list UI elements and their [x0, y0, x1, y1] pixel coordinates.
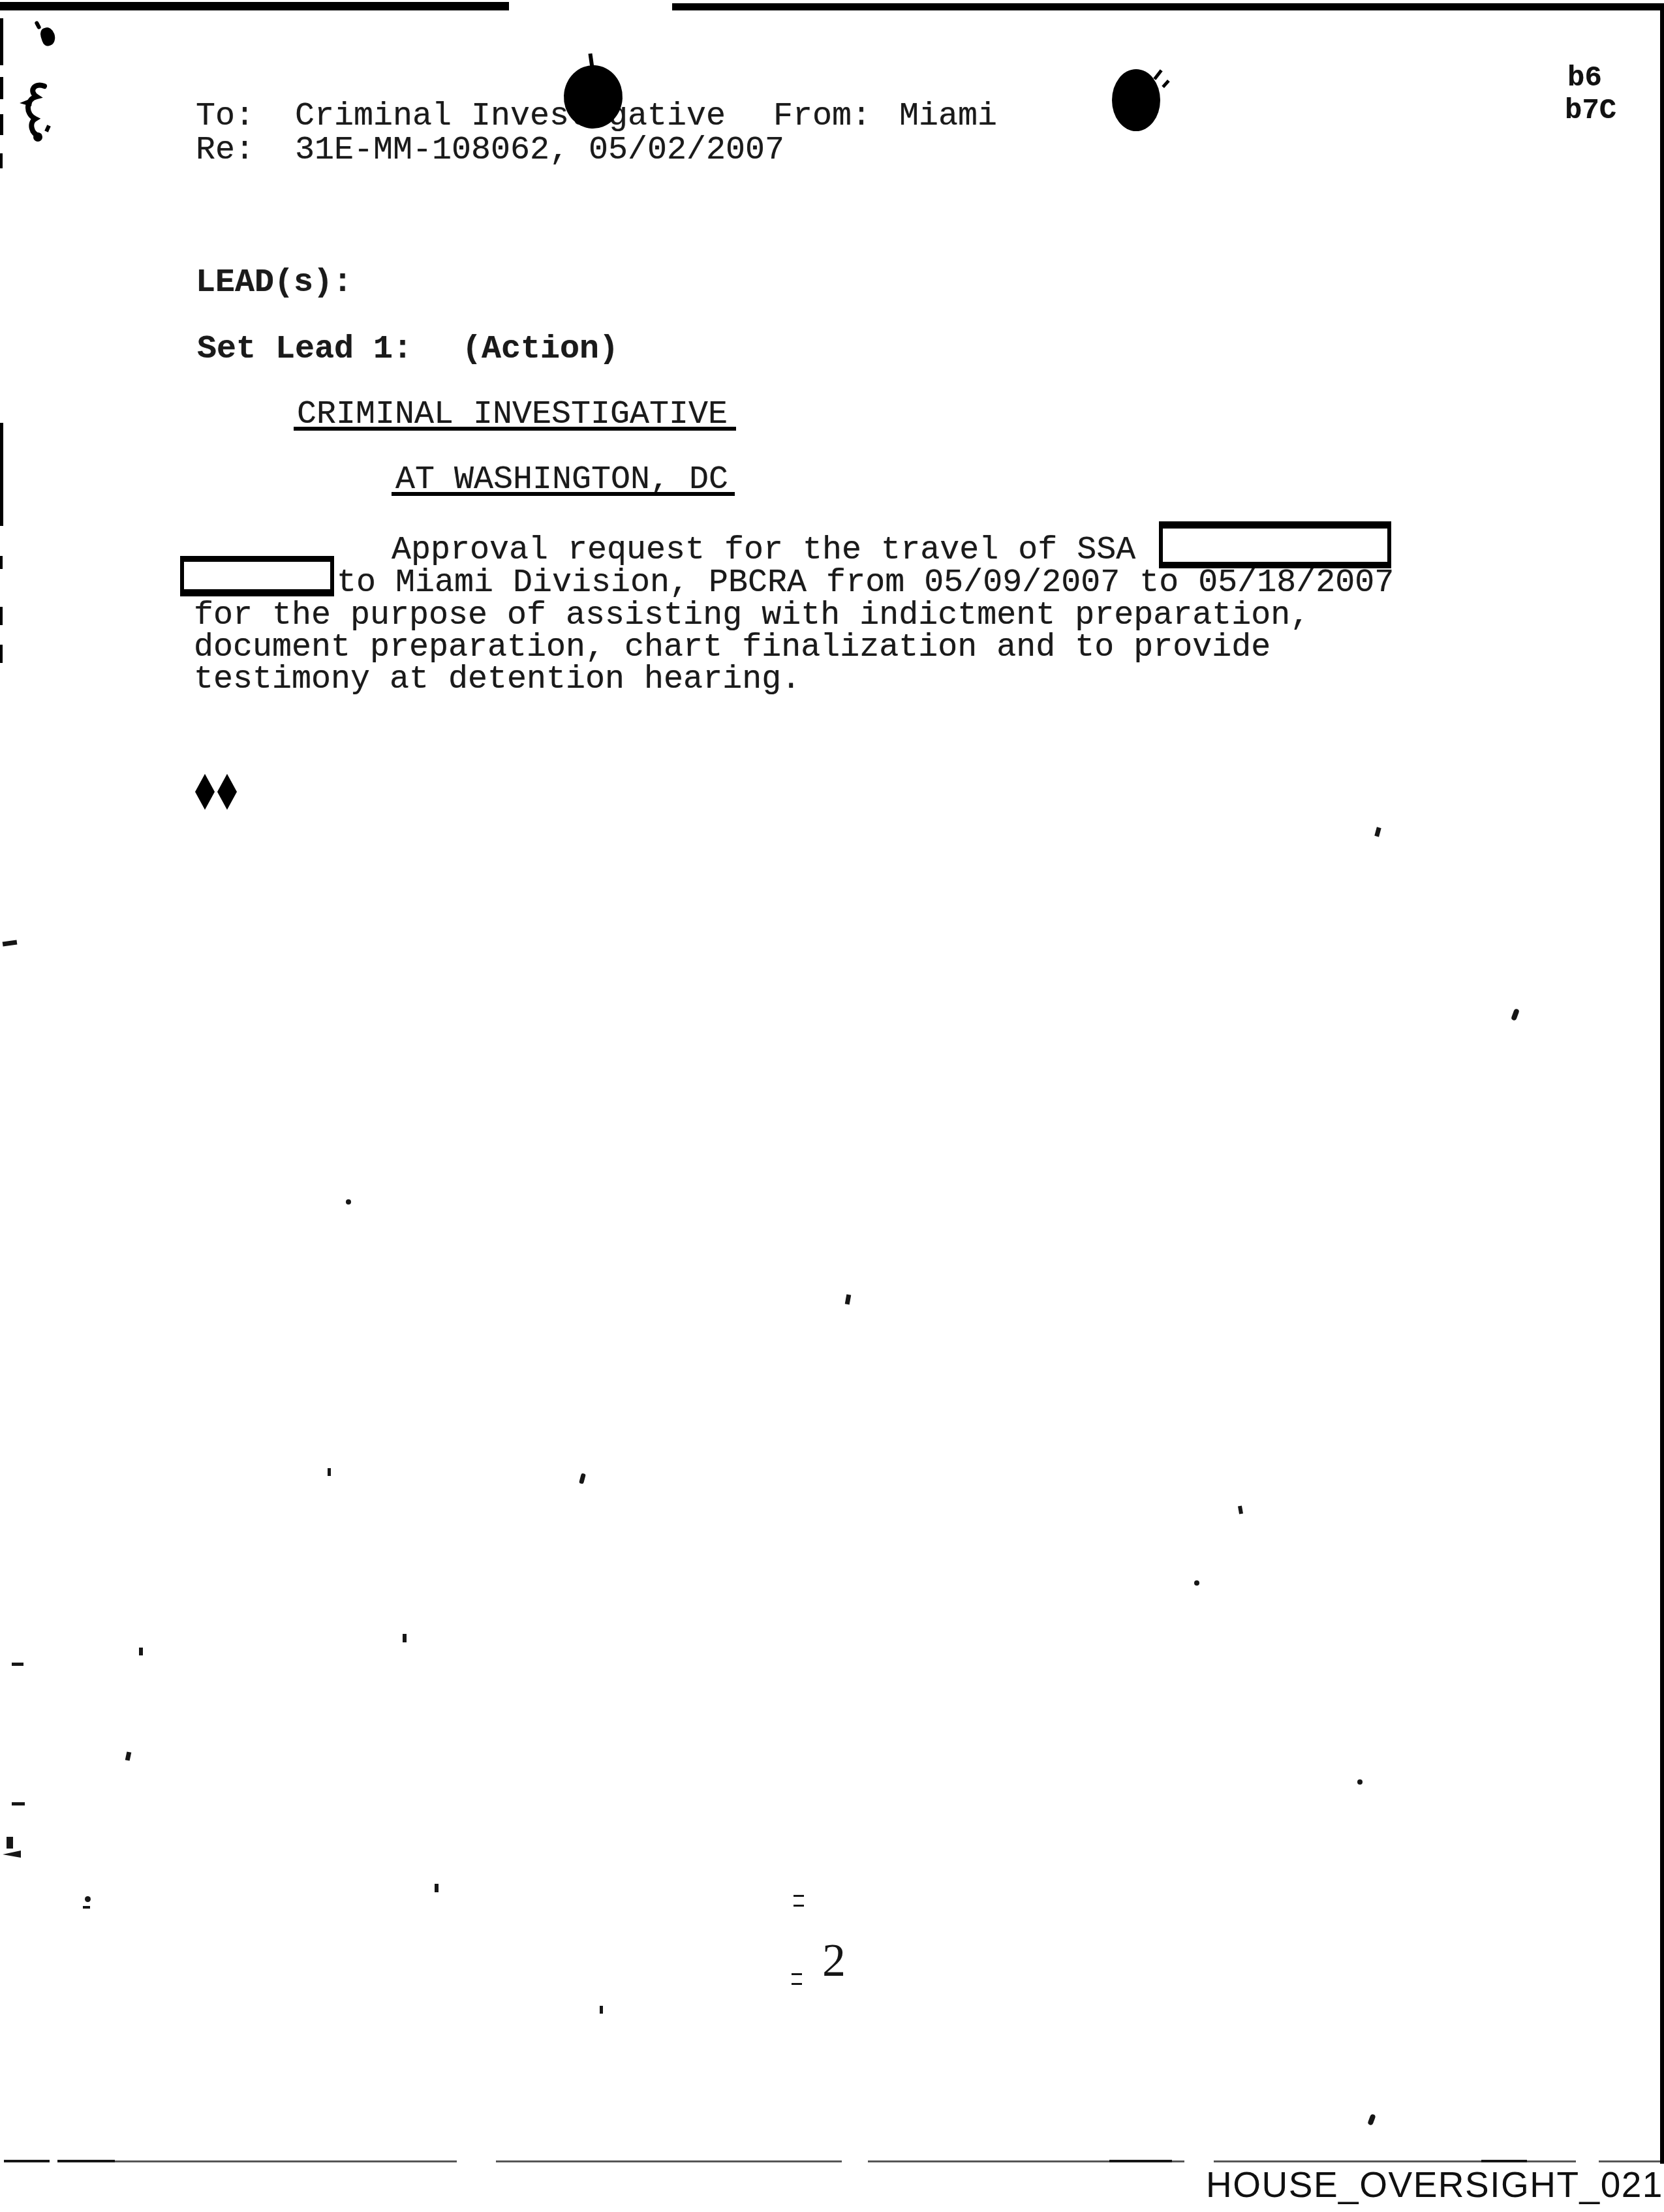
scan-equals-mark [792, 1973, 802, 1985]
scan-speck [328, 1468, 331, 1476]
scan-speck [600, 2006, 603, 2014]
redaction-box-name-2 [180, 556, 334, 596]
scan-arrow-mark [3, 1851, 21, 1858]
scan-speck [1357, 1779, 1363, 1785]
body-line: document preparation, chart finalization… [194, 632, 1271, 664]
scan-speck [435, 1884, 439, 1892]
scan-speck [12, 1663, 23, 1666]
body-line: to Miami Division, PBCRA from 05/09/2007… [337, 567, 1394, 600]
diamond-icon [195, 774, 215, 810]
redaction-ink-blob-tick [1153, 69, 1162, 80]
redaction-ink-blob [1112, 69, 1160, 131]
scan-speck [83, 1906, 90, 1909]
scan-left-border [0, 556, 3, 569]
document-page: To: Criminal Investigative From: Miami R… [0, 0, 1664, 2212]
scan-speck [125, 1751, 132, 1760]
scan-left-border [0, 645, 3, 663]
classification-code-b7c: b7C [1565, 95, 1616, 127]
scan-speck [579, 1473, 586, 1484]
set-lead-label: Set Lead 1: [197, 333, 412, 366]
header-re-value: 31E-MM-108062, 05/02/2007 [295, 134, 784, 167]
scan-left-border [0, 77, 3, 99]
scan-left-border [0, 114, 3, 135]
page-number: 2 [822, 1937, 846, 1984]
redaction-ink-blob-tick [1162, 80, 1169, 88]
scan-top-border-left [0, 2, 509, 10]
header-from-label: From: [773, 100, 871, 133]
body-line: testimony at detention hearing. [194, 664, 801, 696]
scan-left-border [0, 423, 3, 526]
scan-squiggle-mark [18, 82, 52, 142]
end-marker-diamonds [195, 774, 237, 810]
scan-speck [403, 1634, 407, 1642]
scan-left-border [0, 153, 3, 168]
header-re-label: Re: [196, 134, 254, 167]
scan-top-border-right [672, 3, 1664, 10]
diamond-icon [217, 774, 237, 810]
scan-speck [1238, 1506, 1243, 1514]
scan-speck [3, 940, 18, 947]
classification-code-b6: b6 [1567, 63, 1602, 94]
header-to-label: To: [196, 100, 254, 133]
location-underline [392, 492, 735, 496]
body-line: Approval request for the travel of SSA [392, 534, 1135, 567]
scan-right-border [1660, 5, 1664, 2164]
set-lead-action: (Action) [462, 333, 619, 366]
body-line: for the purpose of assisting with indict… [194, 600, 1310, 632]
redaction-box-name-1 [1159, 521, 1391, 568]
scan-speck [12, 1802, 25, 1805]
scan-speck [346, 1199, 351, 1205]
scan-speck [85, 1896, 91, 1902]
scan-ink-mark [34, 20, 41, 29]
scan-left-border [0, 607, 3, 625]
scan-speck [1194, 1580, 1199, 1586]
scan-bottom-rule [4, 2160, 1660, 2163]
scan-speck [139, 1648, 143, 1655]
header-from-value: Miami [899, 100, 997, 133]
scan-speck [7, 1837, 13, 1849]
leads-section-title: LEAD(s): [196, 267, 352, 300]
bates-number: HOUSE_OVERSIGHT_021458 [1206, 2165, 1664, 2204]
scan-speck [1511, 1008, 1520, 1021]
scan-left-border [0, 18, 3, 65]
office-underline [294, 427, 736, 431]
scan-ink-mark [39, 25, 57, 47]
scan-speck [1367, 2113, 1376, 2126]
scan-speck [1374, 827, 1381, 837]
scan-equals-mark [793, 1895, 804, 1907]
header-to-value: Criminal Investigative [295, 100, 726, 133]
scan-speck [845, 1295, 851, 1305]
